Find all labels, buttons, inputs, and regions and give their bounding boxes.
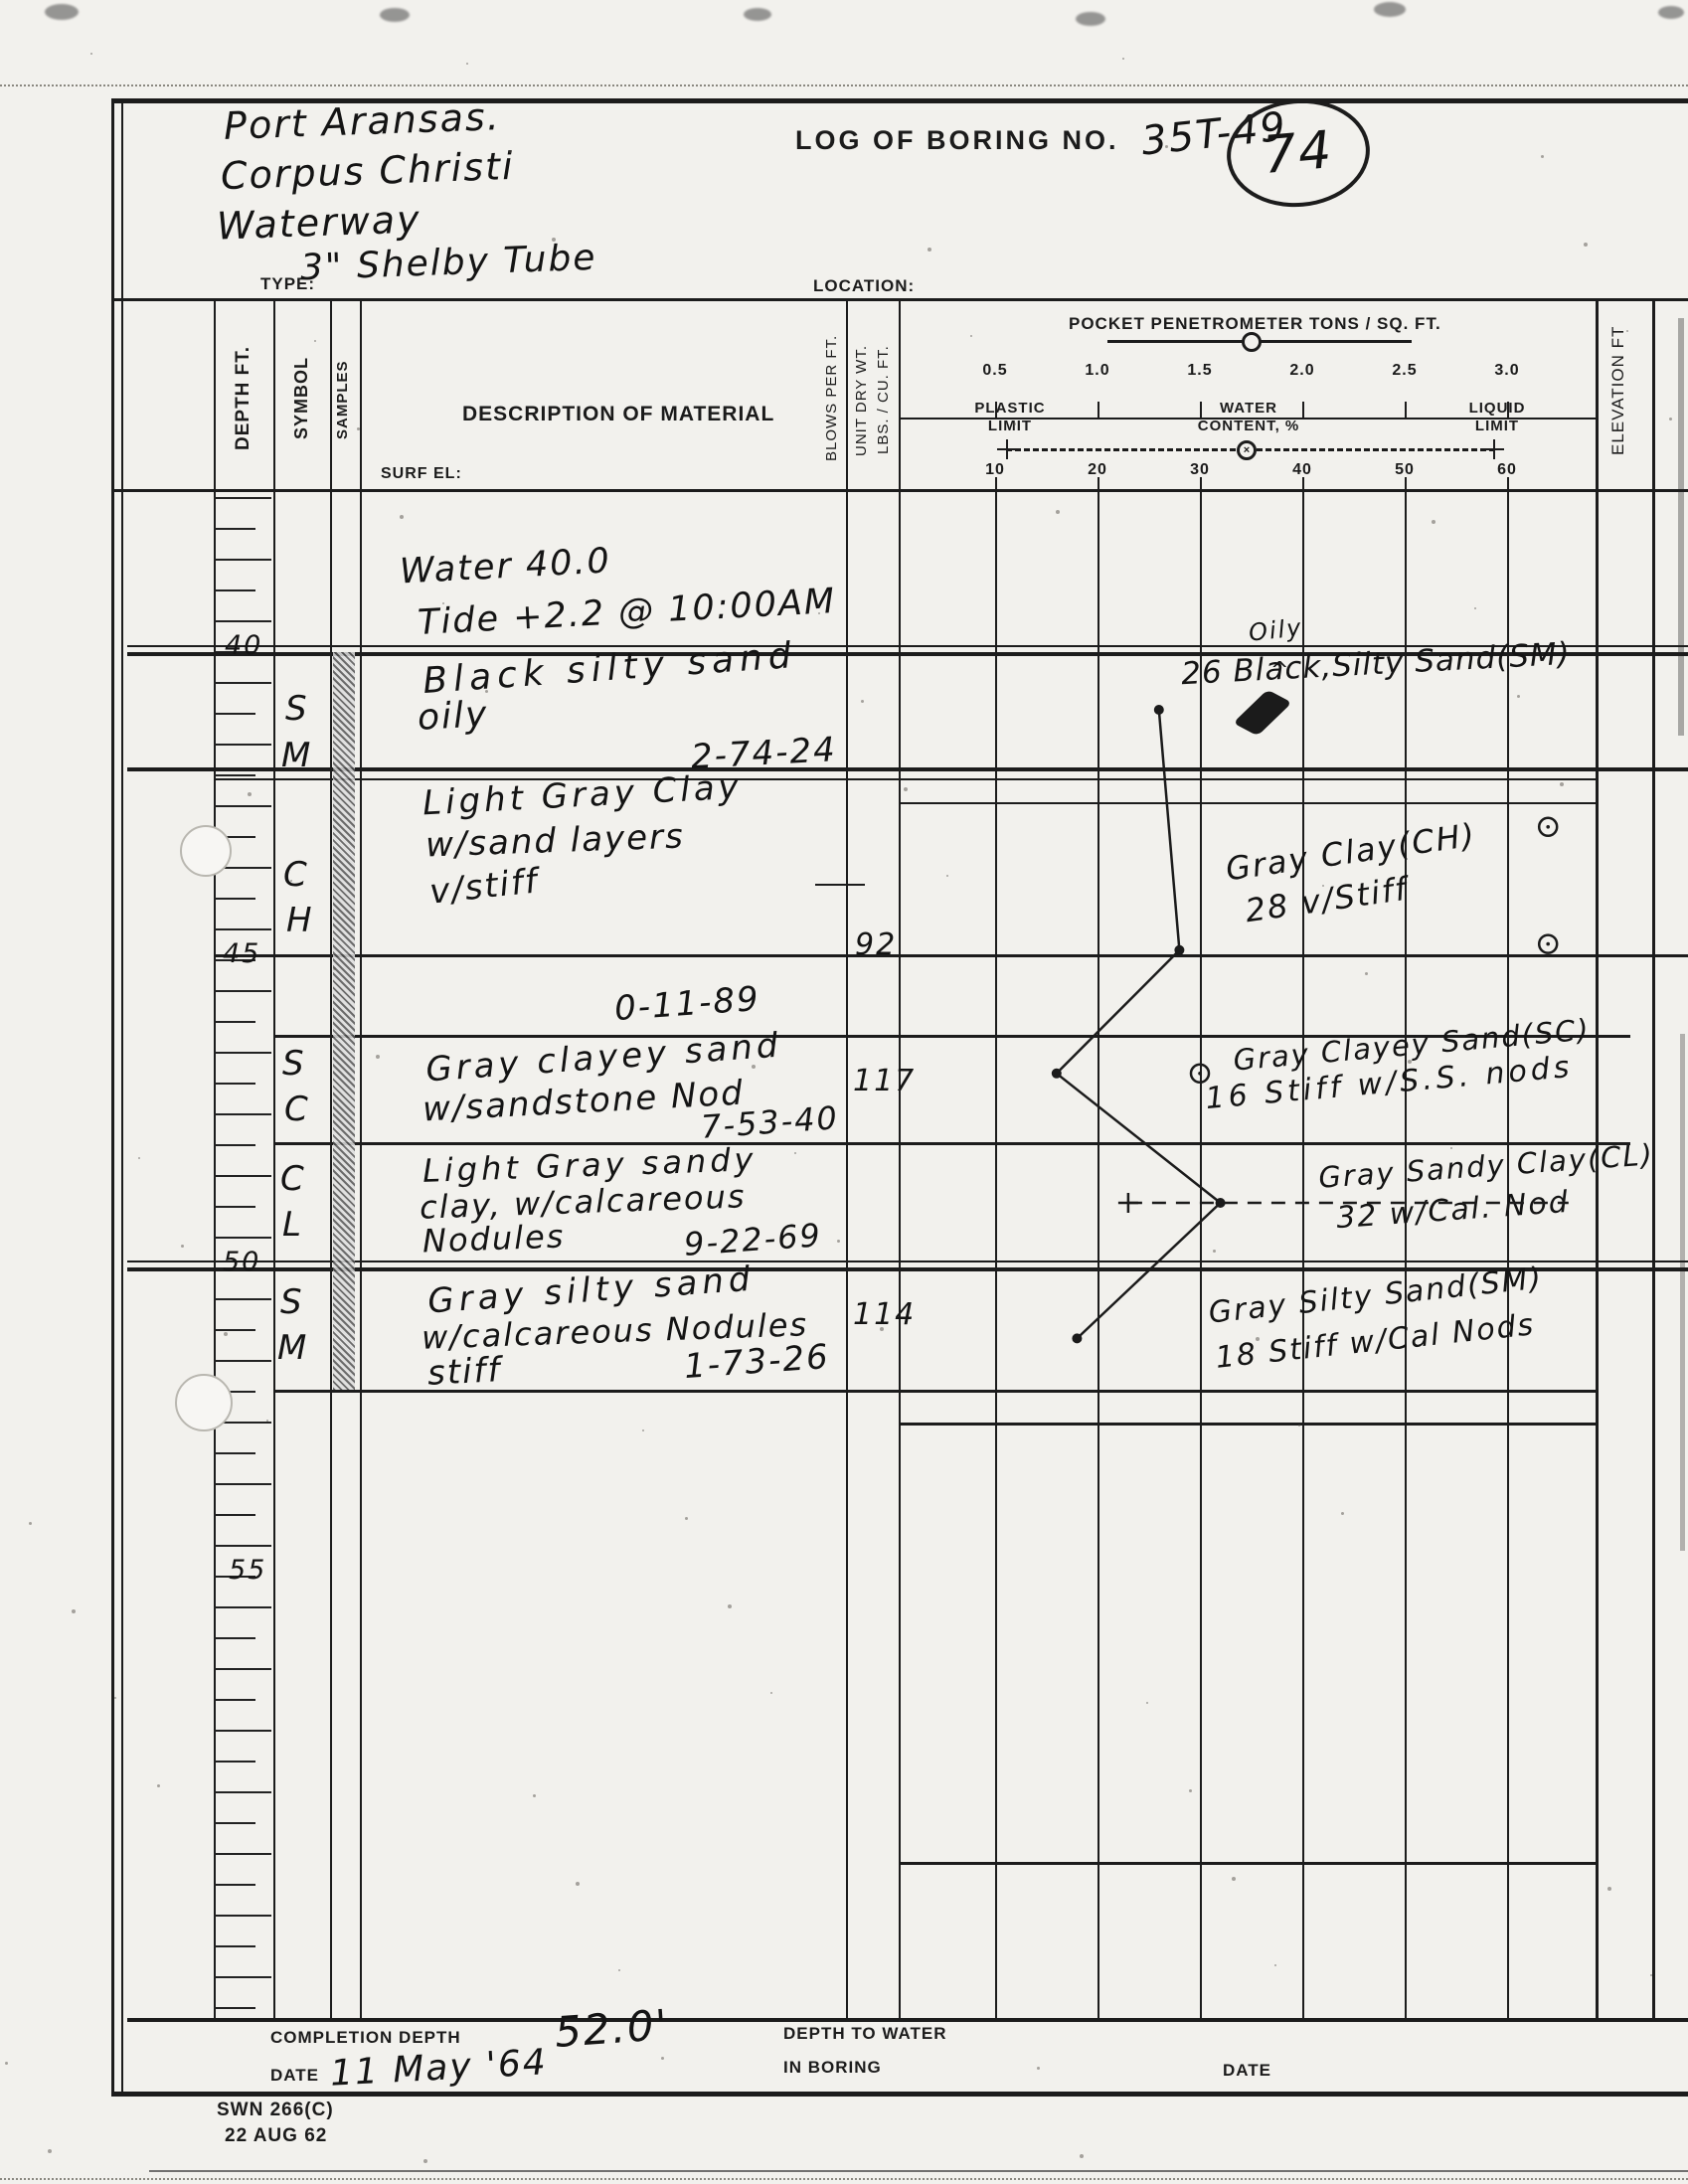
speckle <box>1232 1877 1236 1881</box>
speckle <box>1274 1964 1276 1966</box>
stratum1-bottom-rule-heavy <box>127 767 1688 771</box>
sample-recovery-strip <box>333 652 355 1390</box>
depth-tick <box>214 1791 271 1793</box>
speckle <box>266 1420 268 1422</box>
penetrometer-tick-mark <box>1302 402 1304 418</box>
depth-tick <box>214 1329 255 1331</box>
header-bottom-rule <box>111 489 1688 492</box>
depth-tick <box>214 1052 271 1054</box>
project-area-line1: Port Aransas. <box>223 94 501 148</box>
depth-label-55: 55 <box>229 1555 266 1586</box>
water-content-tick-mark <box>1507 477 1509 489</box>
chart-row-rule-a <box>899 1423 1598 1426</box>
stratum4-blows: 9-22-69 <box>683 1216 823 1263</box>
speckle <box>928 248 931 252</box>
surf-el-label: SURF EL: <box>381 465 462 483</box>
speckle <box>138 1157 140 1159</box>
speckle <box>728 1604 732 1608</box>
sheet-number: 74 <box>1261 120 1335 186</box>
stratum1-annotation-insert: Oily <box>1248 613 1304 647</box>
samples-desc-rule <box>360 298 362 2018</box>
speckle <box>1450 1147 1452 1149</box>
penetrometer-tick-label: 3.0 <box>1494 362 1519 380</box>
speckle <box>1189 1789 1192 1792</box>
scan-noise-line <box>0 84 1688 86</box>
depth-label-40: 40 <box>225 630 262 661</box>
speckle <box>685 1517 688 1520</box>
stratum4-annotation-line1: Gray Sandy Clay(CL) <box>1317 1137 1655 1195</box>
water-note-line2: Tide +2.2 @ 10:00AM <box>417 582 837 643</box>
plastic-limit-label-line1: PLASTIC <box>974 400 1045 417</box>
water-content-tick-mark <box>1302 477 1304 489</box>
form-date: 22 AUG 62 <box>225 2125 327 2147</box>
stratum3-bottom-rule <box>273 1142 1630 1145</box>
boring-log-scan: Port Aransas. Corpus Christi Waterway LO… <box>0 0 1688 2184</box>
depth-tick <box>214 898 255 900</box>
depth-symbol-rule <box>273 298 275 2018</box>
scan-smudge <box>744 8 771 21</box>
depth-label-50: 50 <box>223 1247 260 1277</box>
depth-tick <box>214 1730 271 1732</box>
speckle <box>29 1522 32 1525</box>
speckle <box>1056 510 1060 514</box>
stratum1-annotation-caret: ^ <box>1270 658 1290 683</box>
footer-date-label: DATE <box>270 2066 319 2086</box>
speckle <box>1080 2154 1084 2158</box>
water-content-legend-marker: × <box>1237 440 1257 460</box>
penetrometer-tick-mark <box>1200 402 1202 418</box>
chart-row-rule-ch-top <box>899 802 1598 804</box>
speckle <box>642 1429 644 1431</box>
speckle <box>1146 1702 1148 1704</box>
stratum2-blows: 0-11-89 <box>613 979 761 1029</box>
speckle <box>357 427 360 430</box>
speckle <box>837 1240 840 1243</box>
speckle <box>576 1882 580 1886</box>
footer-bottom-rule <box>111 2092 1688 2097</box>
unit-dry-wt-header-line1: UNIT DRY WT. <box>853 323 870 477</box>
footer-date2-label: DATE <box>1223 2061 1271 2081</box>
depth-label-45: 45 <box>223 938 260 969</box>
depth-tick <box>214 1452 255 1454</box>
grid-line-40 <box>1302 489 1304 2018</box>
water-content-label-line1: WATER <box>1220 400 1277 417</box>
depth-tick <box>214 1822 255 1824</box>
completion-depth-value: 52.0' <box>553 2000 670 2057</box>
speckle <box>970 335 972 337</box>
speckle <box>90 53 92 55</box>
depth-tick <box>214 1298 271 1300</box>
plastic-limit-plus-v <box>1006 439 1008 459</box>
speckle <box>1432 520 1435 524</box>
speckle <box>1341 1512 1344 1515</box>
speckle <box>1650 1974 1652 1976</box>
stratum1-bottom-rule-thin <box>214 778 1598 780</box>
depth-tick <box>214 2007 255 2009</box>
location-label: LOCATION: <box>813 276 915 296</box>
depth-tick <box>214 620 271 622</box>
liquid-limit-plus-v <box>1493 439 1495 459</box>
speckle <box>752 1065 756 1069</box>
speckle <box>661 2057 664 2060</box>
depth-tick <box>214 589 255 591</box>
penetrometer-tick-label: 2.0 <box>1289 362 1314 380</box>
speckle <box>1541 155 1544 158</box>
depth-tick <box>214 1606 271 1608</box>
footer-top-rule <box>127 2018 1688 2022</box>
penetrometer-scale-marker <box>1242 332 1262 352</box>
bottom-scan-rule <box>149 2170 1688 2172</box>
speckle <box>1298 1425 1300 1427</box>
log-of-boring-label: LOG OF BORING NO. <box>795 125 1119 156</box>
depth-tick <box>214 774 255 776</box>
depth-tick <box>214 1699 255 1701</box>
stratum3-symbol-line2: C <box>284 1090 310 1129</box>
stratum4-symbol-line1: C <box>280 1159 306 1199</box>
speckle <box>1584 243 1588 247</box>
speckle <box>1037 2067 1040 2070</box>
scan-edge-streak <box>1678 318 1684 736</box>
footer-date-value: 11 May '64 <box>329 2042 549 2094</box>
depth-tick <box>214 1884 255 1886</box>
water-content-label-line2: CONTENT, % <box>1198 418 1300 434</box>
scribble-mark <box>1233 690 1292 737</box>
depth-tick <box>214 1514 255 1516</box>
stratum1-symbol-line1: S <box>285 689 309 729</box>
penetrometer-tick-mark <box>1097 402 1099 418</box>
speckle <box>314 340 316 342</box>
speckle <box>5 2062 8 2065</box>
depth-to-water-label-line1: DEPTH TO WATER <box>783 2024 947 2044</box>
stratum4-annotation-line2: 32 w/Cal. Nod <box>1335 1185 1571 1236</box>
depth-tick <box>214 1237 271 1239</box>
stratum2-symbol-line1: C <box>283 855 309 895</box>
liquid-limit-label-line2: LIMIT <box>1475 418 1519 434</box>
speckle <box>1607 1887 1611 1891</box>
scan-smudge <box>380 8 410 22</box>
depth-tick <box>214 1853 271 1855</box>
depth-tick <box>214 1915 271 1917</box>
penetrometer-tick-label: 0.5 <box>982 362 1007 380</box>
depth-tick <box>214 1976 271 1978</box>
completion-depth-label: COMPLETION DEPTH <box>270 2028 461 2048</box>
stratum1-symbol-line2: M <box>281 736 312 775</box>
depth-tick <box>214 1545 271 1547</box>
scan-noise-line <box>0 2178 1688 2180</box>
speckle <box>1669 418 1672 420</box>
punch-hole-upper <box>180 825 232 877</box>
type-value: 3" Shelby Tube <box>299 238 597 288</box>
unitwt-chart-rule <box>899 298 901 2018</box>
depth-tick <box>214 1483 271 1485</box>
desc-dash-mark <box>815 884 865 886</box>
penetrometer-tick-label: 1.5 <box>1187 362 1212 380</box>
speckle <box>794 1152 796 1154</box>
depth-tick <box>214 1144 255 1146</box>
water-content-tick-mark <box>995 477 997 489</box>
grid-line-20 <box>1097 489 1099 2018</box>
scan-smudge <box>45 4 79 20</box>
symbol-col-header: SYMBOL <box>291 328 312 467</box>
symbol-samples-rule <box>330 298 332 2018</box>
penetrometer-title: POCKET PENETROMETER TONS / SQ. FT. <box>1069 314 1441 334</box>
grid-line-10 <box>995 489 997 2018</box>
speckle <box>114 1697 116 1699</box>
depth-tick <box>214 497 271 499</box>
speckle <box>509 150 512 153</box>
speckle <box>376 1055 380 1059</box>
form-number: SWN 266(C) <box>217 2100 334 2121</box>
penetrometer-tick-label: 2.5 <box>1392 362 1417 380</box>
scan-smudge <box>1374 2 1406 17</box>
penetrometer-tick-mark <box>1405 402 1407 418</box>
punch-hole-lower <box>175 1374 233 1431</box>
left-border-inner <box>121 98 123 2092</box>
stratum2-desc-line2: w/sand layers <box>424 816 685 865</box>
depth-tick <box>214 713 255 715</box>
depth-tick <box>214 1668 271 1670</box>
unit-dry-wt-header-line2: LBS. / CU. FT. <box>875 323 892 477</box>
speckle <box>400 515 404 519</box>
liquid-limit-label-line1: LIQUID <box>1469 400 1526 417</box>
water-content-tick-mark <box>1200 477 1202 489</box>
speckle <box>157 1784 160 1787</box>
speckle <box>423 2159 427 2163</box>
speckle <box>248 792 252 796</box>
speckle <box>818 612 820 614</box>
speckle <box>466 63 468 65</box>
speckle <box>72 1609 76 1613</box>
depth-tick <box>214 1945 255 1947</box>
speckle <box>333 967 336 970</box>
speckle <box>1408 1060 1412 1064</box>
stratum5-unit-weight: 114 <box>853 1297 916 1332</box>
depth-tick <box>214 528 255 530</box>
speckle <box>1165 145 1168 148</box>
stratum5-desc-line3: stiff <box>426 1350 502 1394</box>
scan-smudge <box>1658 6 1684 19</box>
stratum3-symbol-line1: S <box>282 1044 306 1084</box>
stratum4-symbol-line2: L <box>282 1205 303 1245</box>
depth-tick <box>214 1021 255 1023</box>
speckle <box>1256 1337 1260 1341</box>
speckle <box>618 1969 620 1971</box>
penetrometer-tick-label: 1.0 <box>1085 362 1109 380</box>
description-col-header: DESCRIPTION OF MATERIAL <box>462 403 774 426</box>
depth-tick <box>214 990 271 992</box>
stratum2-symbol-line2: H <box>286 901 314 940</box>
speckle <box>1013 422 1016 425</box>
grid-line-30 <box>1200 489 1202 2018</box>
speckle <box>1122 58 1124 60</box>
speckle <box>904 787 908 791</box>
speckle <box>290 880 292 882</box>
scan-edge-streak <box>1680 1034 1685 1551</box>
speckle <box>533 1794 536 1797</box>
depth-tick <box>214 1175 271 1177</box>
speckle <box>1474 607 1476 609</box>
speckle <box>48 2149 52 2153</box>
stratum1-desc-line2: oily <box>417 694 489 739</box>
depth-tick <box>214 1637 255 1639</box>
depth-tick <box>214 682 271 684</box>
depth-tick <box>214 1083 255 1085</box>
scan-smudge <box>1076 12 1105 26</box>
grid-line-50 <box>1405 489 1407 2018</box>
depth45-rule <box>214 954 1688 957</box>
samples-col-header: SAMPLES <box>334 328 351 472</box>
speckle <box>1517 695 1520 698</box>
depth-tick <box>214 1761 255 1763</box>
depth-tick <box>214 1206 255 1208</box>
grid-line-60 <box>1507 489 1509 2018</box>
stratum5-symbol-line2: M <box>277 1328 308 1368</box>
depth-tick <box>214 928 271 930</box>
stratum5-symbol-line1: S <box>280 1282 304 1322</box>
depth-tick <box>214 1360 271 1362</box>
depth-tick <box>214 1113 271 1115</box>
stratum2-desc-line3: v/stiff <box>427 861 541 912</box>
left-border-outer <box>111 98 114 2097</box>
depth50-rule-thin <box>127 1260 1688 1262</box>
speckle <box>1560 782 1564 786</box>
speckle <box>770 1692 772 1694</box>
stratum2-desc-line1: Light Gray Clay <box>422 767 744 824</box>
depth-to-water-label-line2: IN BORING <box>783 2058 882 2078</box>
speckle <box>1213 1250 1216 1253</box>
depth-tick <box>214 805 271 807</box>
water-content-tick-mark <box>1097 477 1099 489</box>
speckle <box>181 1245 184 1248</box>
depth-col-header: DEPTH FT. <box>233 328 254 467</box>
water-content-tick-mark <box>1405 477 1407 489</box>
depth-tick <box>214 559 271 561</box>
stratum4-desc-line3: Nodules <box>422 1218 566 1260</box>
project-area-line3: Waterway <box>216 197 422 248</box>
stratum2-unit-weight: 92 <box>855 927 897 962</box>
chart-row-rule-b <box>899 1862 1598 1865</box>
speckle <box>861 700 864 703</box>
desc-right-rule <box>846 298 848 2018</box>
speckle <box>1626 330 1628 332</box>
depth-tick <box>214 744 271 746</box>
speckle <box>224 1332 228 1336</box>
project-area-line2: Corpus Christi <box>220 144 515 198</box>
speckle <box>485 690 488 693</box>
stratum3-unit-weight: 117 <box>853 1064 916 1098</box>
speckle <box>1322 885 1324 887</box>
speckle <box>880 1327 884 1331</box>
speckle <box>442 602 444 604</box>
speckle <box>1365 972 1368 975</box>
water-note-line1: Water 40.0 <box>399 541 612 591</box>
blows-col-header: BLOWS PER FT. <box>823 316 840 480</box>
speckle <box>552 238 556 242</box>
plastic-limit-label-line2: LIMIT <box>988 418 1032 434</box>
speckle <box>946 875 948 877</box>
elevation-col-header: ELEVATION FT <box>1608 308 1628 472</box>
